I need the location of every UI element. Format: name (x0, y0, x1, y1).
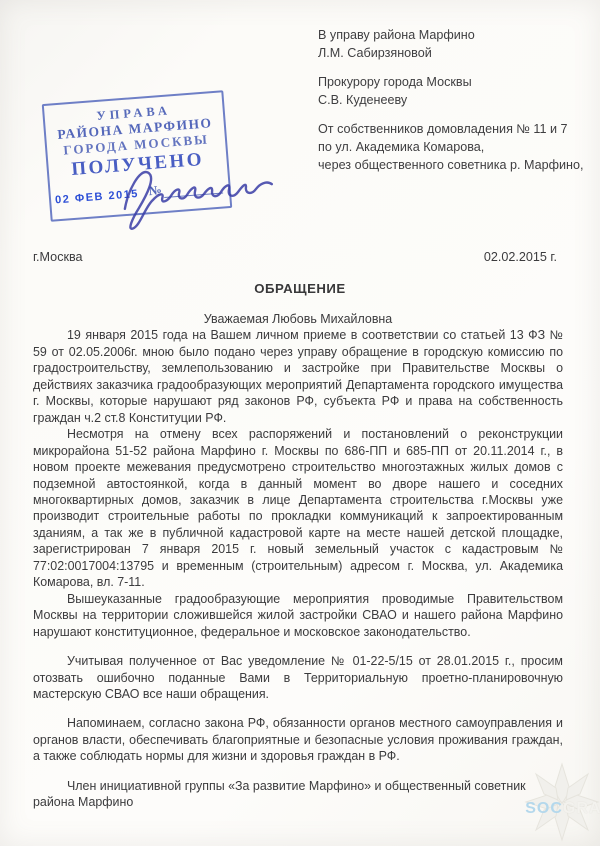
recipient-line: В управу района Марфино (318, 27, 583, 45)
paragraph-4: Учитывая полученное от Вас уведомление №… (33, 653, 563, 702)
signer-block: Член инициативной группы «За развитие Ма… (33, 778, 563, 811)
recipients-block: В управу района Марфино Л.М. Сабирзяново… (318, 27, 583, 186)
document-body: Уважаемая Любовь Михайловна 19 января 20… (33, 311, 563, 811)
watermark-text-right: GRAD (563, 800, 600, 817)
document-date: 02.02.2015 г. (484, 250, 563, 264)
recipient-group-uprava: В управу района Марфино Л.М. Сабирзяново… (318, 27, 583, 62)
scanned-letter-page: В управу района Марфино Л.М. Сабирзяново… (0, 0, 600, 846)
paragraph-2: Несмотря на отмену всех распоряжений и п… (33, 426, 563, 591)
recipient-line: Л.М. Сабирзяновой (318, 45, 583, 63)
sender-line: по ул. Академика Комарова, (318, 139, 583, 157)
place-date-row: г.Москва 02.02.2015 г. (33, 250, 563, 264)
sender-line: От собственников домовладения № 11 и 7 (318, 121, 583, 139)
paragraph-3: Вышеуказанные градообразующие мероприяти… (33, 591, 563, 640)
city-label: г.Москва (33, 250, 83, 264)
sender-line: через общественного советника р. Марфино… (318, 157, 583, 175)
document-title: ОБРАЩЕНИЕ (0, 281, 600, 296)
recipient-group-prokuror: Прокурору города Москвы С.В. Куденееву (318, 74, 583, 109)
recipient-line: Прокурору города Москвы (318, 74, 583, 92)
recipient-line: С.В. Куденееву (318, 92, 583, 110)
paragraph-1: 19 января 2015 года на Вашем личном прие… (33, 327, 563, 426)
handwritten-signature (116, 148, 280, 232)
sender-group: От собственников домовладения № 11 и 7 п… (318, 121, 583, 174)
salutation: Уважаемая Любовь Михайловна (33, 311, 563, 327)
paragraph-5: Напоминаем, согласно закона РФ, обязанно… (33, 715, 563, 764)
